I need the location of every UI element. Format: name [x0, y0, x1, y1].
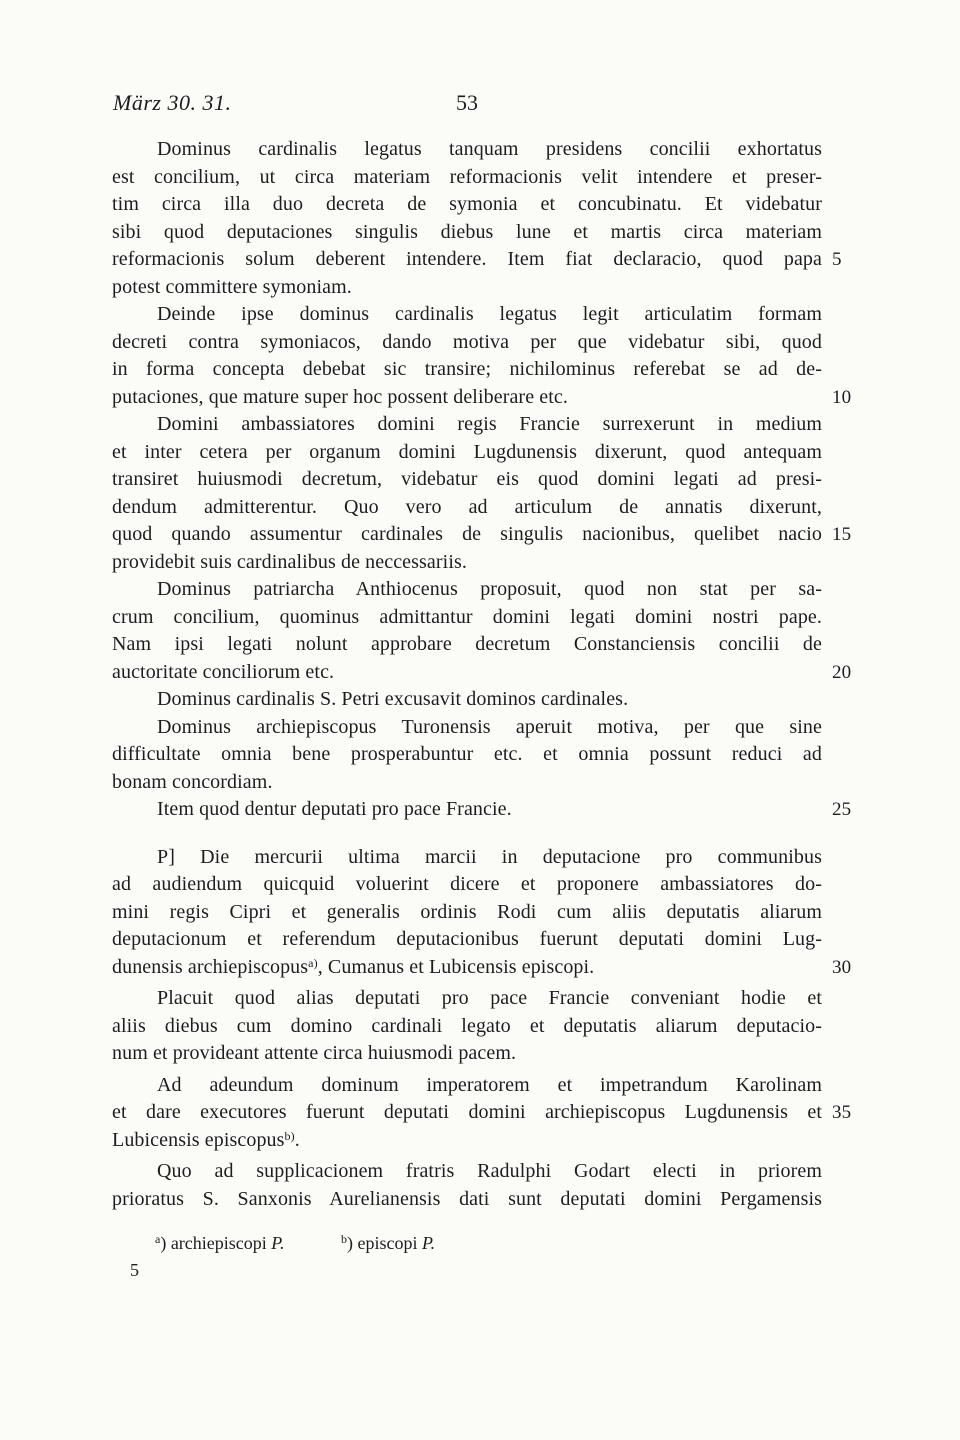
text-line: potest committere symoniam.: [112, 274, 822, 302]
line-text: mini regis Cipri et generalis ordinis Ro…: [112, 901, 822, 923]
margin-line-number: 5: [832, 246, 877, 274]
line-text: quod quando assumentur cardinales de sin…: [112, 523, 822, 545]
line-text: decreti contra symoniacos, dando motiva …: [112, 331, 822, 353]
text-line: transiret huiusmodi decretum, videbatur …: [112, 466, 822, 494]
text-line: in forma concepta debebat sic transire; …: [112, 356, 822, 384]
footnote-text: ) archiepiscopi: [160, 1233, 271, 1253]
footnote-a: a) archiepiscopi P.: [155, 1233, 284, 1254]
line-text: et dare executores fuerunt deputati domi…: [112, 1101, 822, 1123]
line-text: Nam ipsi legati nolunt approbare decretu…: [112, 633, 822, 655]
line-text: ad audiendum quicquid voluerint dicere e…: [112, 873, 822, 895]
text-line: auctoritate conciliorum etc.20: [112, 659, 822, 687]
text-line: aliis diebus cum domino cardinali legato…: [112, 1013, 822, 1041]
margin-line-number: 30: [832, 954, 877, 982]
text-line: Dominus patriarcha Anthiocenus proposuit…: [112, 576, 822, 604]
text-line: providebit suis cardinalibus de neccessa…: [112, 549, 822, 577]
text-line: decreti contra symoniacos, dando motiva …: [112, 329, 822, 357]
text-line: num et provideant attente circa huiusmod…: [112, 1040, 822, 1068]
line-text: Dominus patriarcha Anthiocenus proposuit…: [157, 578, 822, 600]
text-line: Placuit quod alias deputati pro pace Fra…: [112, 985, 822, 1013]
text-line: et dare executores fuerunt deputati domi…: [112, 1099, 822, 1127]
text-line: Deinde ipse dominus cardinalis legatus l…: [112, 301, 822, 329]
line-text: Dominus cardinalis legatus tanquam presi…: [157, 138, 822, 160]
margin-line-number: 10: [832, 384, 877, 412]
footnote-source-siglum: P.: [271, 1233, 284, 1253]
footnote-source-siglum: P.: [422, 1233, 435, 1253]
text-line: est concilium, ut circa materiam reforma…: [112, 164, 822, 192]
text-line: Nam ipsi legati nolunt approbare decretu…: [112, 631, 822, 659]
text-line: dunensis archiepiscopusa), Cumanus et Lu…: [112, 954, 822, 982]
text-line: difficultate omnia bene prosperabuntur e…: [112, 741, 822, 769]
text-line: Dominus cardinalis legatus tanquam presi…: [112, 136, 822, 164]
text-line: Ad adeundum dominum imperatorem et impet…: [112, 1072, 822, 1100]
text-line: reformacionis solum deberent intendere. …: [112, 246, 822, 274]
main-text-block: Dominus cardinalis legatus tanquam presi…: [112, 136, 822, 1213]
footnote-text: ) episcopi: [347, 1233, 422, 1253]
line-text: tim circa illa duo decreta de symonia et…: [112, 193, 822, 215]
text-line: bonam concordiam.: [112, 769, 822, 797]
text-line: et inter cetera per organum domini Lugdu…: [112, 439, 822, 467]
line-text: reformacionis solum deberent intendere. …: [112, 248, 822, 270]
line-text: num et provideant attente circa huiusmod…: [112, 1042, 516, 1064]
margin-line-number: 25: [832, 796, 877, 824]
line-text: deputacionum et referendum deputacionibu…: [112, 928, 822, 950]
text-line: prioratus S. Sanxonis Aurelianensis dati…: [112, 1186, 822, 1214]
line-text: , Cumanus et Lubicensis episcopi.: [318, 956, 595, 978]
line-text: putaciones, que mature super hoc possent…: [112, 386, 568, 408]
line-text: sibi quod deputaciones singulis diebus l…: [112, 221, 822, 243]
footnote-b: b) episcopi P.: [341, 1233, 435, 1254]
text-line: tim circa illa duo decreta de symonia et…: [112, 191, 822, 219]
line-text: crum concilium, quominus admittantur dom…: [112, 606, 822, 628]
line-text: est concilium, ut circa materiam reforma…: [112, 166, 822, 188]
line-text: dunensis archiepiscopus: [112, 956, 308, 978]
line-text: Dominus archiepiscopus Turonensis aperui…: [157, 716, 822, 738]
text-line: putaciones, que mature super hoc possent…: [112, 384, 822, 412]
line-text: Ad adeundum dominum imperatorem et impet…: [157, 1074, 822, 1096]
text-line: P] Die mercurii ultima marcii in deputac…: [112, 844, 822, 872]
text-line: mini regis Cipri et generalis ordinis Ro…: [112, 899, 822, 927]
line-text: P] Die mercurii ultima marcii in deputac…: [157, 846, 822, 868]
line-text: Deinde ipse dominus cardinalis legatus l…: [157, 303, 822, 325]
margin-line-number: 15: [832, 521, 877, 549]
text-line: sibi quod deputaciones singulis diebus l…: [112, 219, 822, 247]
line-text: in forma concepta debebat sic transire; …: [112, 358, 822, 380]
text-line: Dominus archiepiscopus Turonensis aperui…: [112, 714, 822, 742]
line-text: potest committere symoniam.: [112, 276, 352, 298]
text-line: quod quando assumentur cardinales de sin…: [112, 521, 822, 549]
text-line: Domini ambassiatores domini regis Franci…: [112, 411, 822, 439]
page-number: 53: [112, 90, 822, 116]
text-line: Dominus cardinalis S. Petri excusavit do…: [112, 686, 822, 714]
line-text: Quo ad supplicacionem fratris Radulphi G…: [157, 1160, 822, 1182]
line-text: transiret huiusmodi decretum, videbatur …: [112, 468, 822, 490]
line-text: Item quod dentur deputati pro pace Franc…: [157, 798, 512, 820]
text-line: ad audiendum quicquid voluerint dicere e…: [112, 871, 822, 899]
line-text: .: [295, 1129, 300, 1151]
text-line: dendum admitterentur. Quo vero ad articu…: [112, 494, 822, 522]
line-text: aliis diebus cum domino cardinali legato…: [112, 1015, 822, 1037]
line-text: et inter cetera per organum domini Lugdu…: [112, 441, 822, 463]
margin-line-number: 20: [832, 659, 877, 687]
scanned-book-page: März 30. 31. 53 Dominus cardinalis legat…: [0, 0, 960, 1440]
footnote-reference: a): [308, 956, 318, 970]
footnotes: a) archiepiscopi P. b) episcopi P.: [155, 1233, 435, 1254]
text-line: Item quod dentur deputati pro pace Franc…: [112, 796, 822, 824]
line-text: Placuit quod alias deputati pro pace Fra…: [157, 987, 822, 1009]
text-line: deputacionum et referendum deputacionibu…: [112, 926, 822, 954]
line-text: bonam concordiam.: [112, 771, 273, 793]
text-line: crum concilium, quominus admittantur dom…: [112, 604, 822, 632]
line-text: auctoritate conciliorum etc.: [112, 661, 334, 683]
line-text: dendum admitterentur. Quo vero ad articu…: [112, 496, 822, 518]
footnote-reference: b): [285, 1129, 295, 1143]
line-text: difficultate omnia bene prosperabuntur e…: [112, 743, 822, 765]
text-line: Lubicensis episcopusb).: [112, 1127, 822, 1155]
line-text: prioratus S. Sanxonis Aurelianensis dati…: [112, 1188, 822, 1210]
line-text: providebit suis cardinalibus de neccessa…: [112, 551, 467, 573]
text-line: Quo ad supplicacionem fratris Radulphi G…: [112, 1158, 822, 1186]
margin-line-number: 35: [832, 1099, 877, 1127]
line-text: Domini ambassiatores domini regis Franci…: [157, 413, 822, 435]
signature-mark: 5: [130, 1260, 139, 1281]
line-text: Lubicensis episcopus: [112, 1129, 285, 1151]
line-text: Dominus cardinalis S. Petri excusavit do…: [157, 688, 628, 710]
